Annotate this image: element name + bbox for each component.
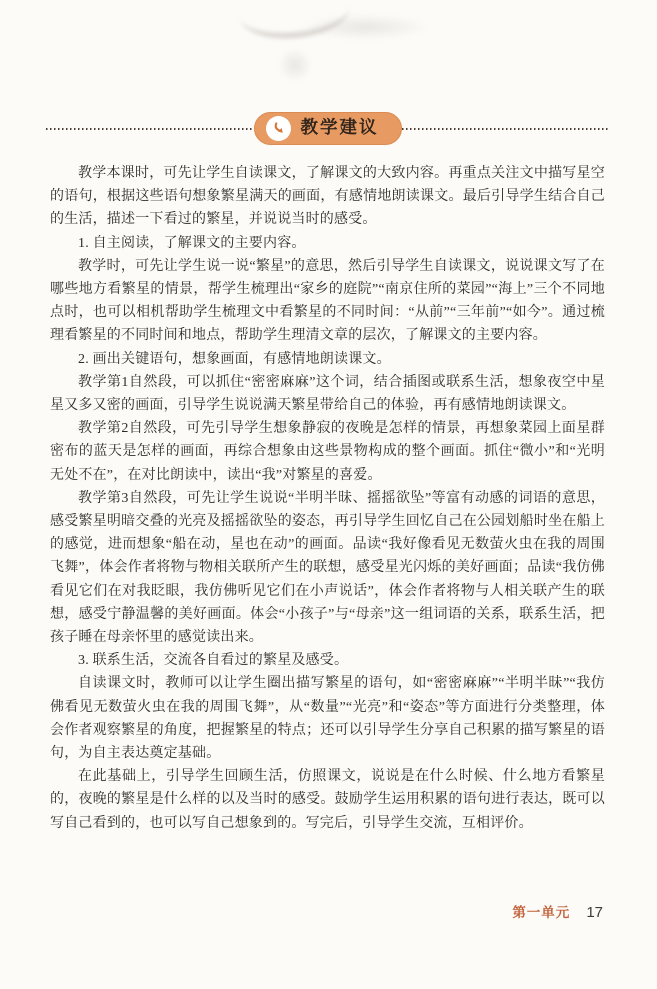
section-header: 教学建议 [46, 112, 609, 145]
curved-down-arrow-icon [266, 116, 291, 141]
scan-smudge [278, 48, 312, 82]
paragraph: 教学第1自然段，可以抓住“密密麻麻”这个词，结合插图或联系生活，想象夜空中星星又… [50, 371, 605, 417]
badge-label: 教学建议 [301, 119, 379, 139]
textbook-page: 教学建议 教学本课时，可先让学生自读课文，了解课文的大致内容。再重点关注文中描写… [0, 0, 657, 989]
paragraph: 教学第2自然段，可先引导学生想象静寂的夜晚是怎样的情景，再想象菜园上面星群密布的… [50, 417, 605, 487]
unit-label: 第一单元 [512, 901, 570, 921]
numbered-point-3: 3. 联系生活，交流各自看过的繁星及感受。 [50, 649, 605, 672]
numbered-point-1: 1. 自主阅读，了解课文的主要内容。 [50, 232, 605, 255]
body-text: 教学本课时，可先让学生自读课文，了解课文的大致内容。再重点关注文中描写星空的语句… [50, 162, 605, 835]
paragraph: 在此基础上，引导学生回顾生活，仿照课文，说说是在什么时候、什么地方看繁星的，夜晚… [50, 765, 605, 835]
paragraph: 自读课文时，教师可以让学生圈出描写繁星的语句，如“密密麻麻”“半明半昧”“我仿佛… [50, 672, 605, 765]
dotted-divider-right [402, 128, 610, 130]
scan-smudge [238, 0, 353, 44]
numbered-point-2: 2. 画出关键语句，想象画面，有感情地朗读课文。 [50, 348, 605, 371]
paragraph-intro: 教学本课时，可先让学生自读课文，了解课文的大致内容。再重点关注文中描写星空的语句… [50, 162, 605, 232]
paragraph: 教学时，可先让学生说一说“繁星”的意思，然后引导学生自读课文，说说课文写了在哪些… [50, 255, 605, 348]
scan-smudge [300, 14, 430, 40]
teaching-suggestions-badge: 教学建议 [254, 112, 402, 145]
paragraph: 教学第3自然段，可先让学生说说“半明半昧、摇摇欲坠”等富有动感的词语的意思，感受… [50, 487, 605, 649]
page-number: 17 [586, 904, 603, 921]
dotted-divider-left [46, 128, 254, 130]
page-footer: 第一单元 17 [512, 901, 603, 921]
